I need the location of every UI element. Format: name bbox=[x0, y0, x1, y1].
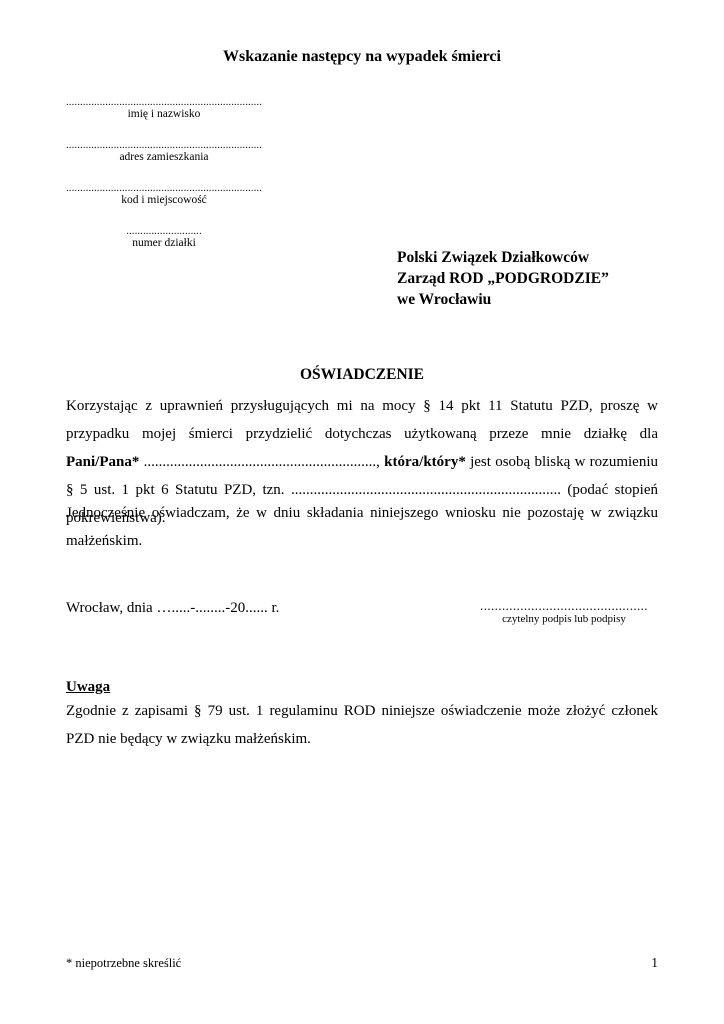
field-name-surname: ........................................… bbox=[66, 97, 262, 140]
field-address: ........................................… bbox=[66, 140, 262, 183]
note-heading: Uwaga bbox=[66, 679, 110, 696]
recipient-block: Polski Związek Działkowców Zarząd ROD „P… bbox=[397, 247, 609, 310]
declaration-text: Korzystając z uprawnień przysługujących … bbox=[66, 398, 658, 442]
document-page: Wskazanie następcy na wypadek śmierci ..… bbox=[0, 0, 724, 1024]
field-postal-city: ........................................… bbox=[66, 183, 262, 226]
document-title: Wskazanie następcy na wypadek śmierci bbox=[0, 48, 724, 66]
signature-fill-line: ........................................… bbox=[478, 598, 650, 613]
pani-pana-option: Pani/Pana* bbox=[66, 454, 139, 470]
ktora-ktory-option: która/który* bbox=[384, 454, 466, 470]
field-label: adres zamieszkania bbox=[66, 150, 262, 165]
page-number: 1 bbox=[651, 955, 658, 971]
asterisk-footnote: * niepotrzebne skreślić bbox=[66, 956, 181, 971]
note-body: Zgodnie z zapisami § 79 ust. 1 regulamin… bbox=[66, 697, 658, 753]
date-line: Wrocław, dnia ….....-........-20...... r… bbox=[66, 600, 279, 617]
field-label: numer działki bbox=[66, 236, 262, 251]
field-plot-number: ........................... numer działk… bbox=[66, 226, 262, 269]
recipient-line-3: we Wrocławiu bbox=[397, 289, 609, 310]
successor-fill-line: ........................................… bbox=[139, 454, 384, 470]
field-label: kod i miejscowość bbox=[66, 193, 262, 208]
signature-block: ........................................… bbox=[478, 598, 650, 626]
field-fill-line: ........................... bbox=[66, 226, 262, 236]
recipient-line-2: Zarząd ROD „PODGRODZIE” bbox=[397, 268, 609, 289]
field-fill-line: ........................................… bbox=[66, 183, 262, 193]
applicant-fields: ........................................… bbox=[66, 97, 262, 269]
field-fill-line: ........................................… bbox=[66, 140, 262, 150]
recipient-line-1: Polski Związek Działkowców bbox=[397, 247, 609, 268]
marital-status-paragraph: Jednocześnie oświadczam, że w dniu skład… bbox=[66, 499, 658, 555]
field-label: imię i nazwisko bbox=[66, 107, 262, 122]
signature-caption: czytelny podpis lub podpisy bbox=[478, 613, 650, 626]
field-fill-line: ........................................… bbox=[66, 97, 262, 107]
statement-heading: OŚWIADCZENIE bbox=[0, 366, 724, 384]
